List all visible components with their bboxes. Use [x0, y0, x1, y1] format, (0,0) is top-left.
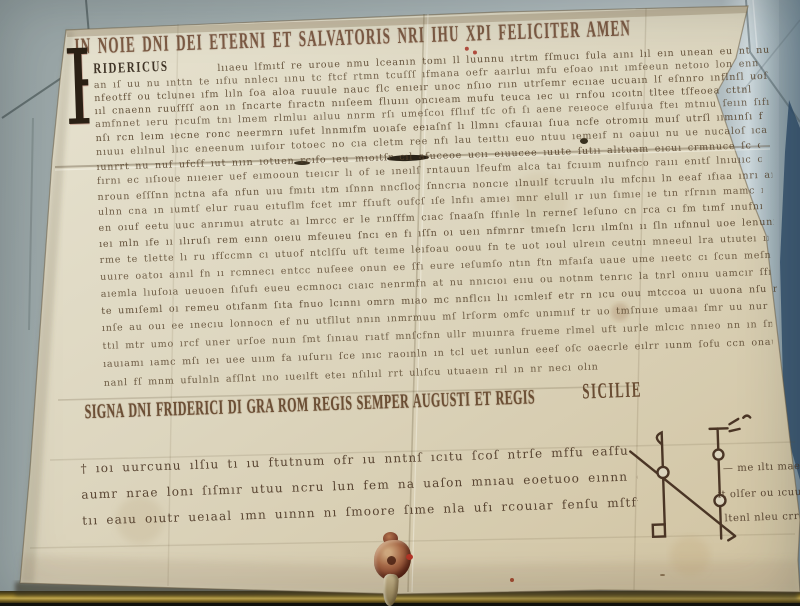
monogram-note-line: ltenl nleu crr mema — [724, 510, 800, 526]
seal-red-glint — [406, 554, 413, 560]
seal — [366, 532, 422, 606]
charter-content: IN NOIE DNI DEI ETERNI ET SALVATORIS NRI… — [66, 7, 784, 596]
monogram-note-line: — me ıltı maeenee eu — [723, 460, 800, 476]
monogram-note-block: — me ıltı maeenee eu ıt olſer ou ıcuu ım… — [66, 5, 800, 570]
museum-display-photo: IN NOIE DNI DEI ETERNI ET SALVATORIS NRI… — [0, 0, 800, 606]
monogram-note-line: ıt olſer ou ıcuu ımır — [718, 486, 800, 502]
dark-fleck — [660, 574, 665, 576]
seal-tail — [382, 574, 399, 606]
red-speck — [510, 578, 514, 582]
